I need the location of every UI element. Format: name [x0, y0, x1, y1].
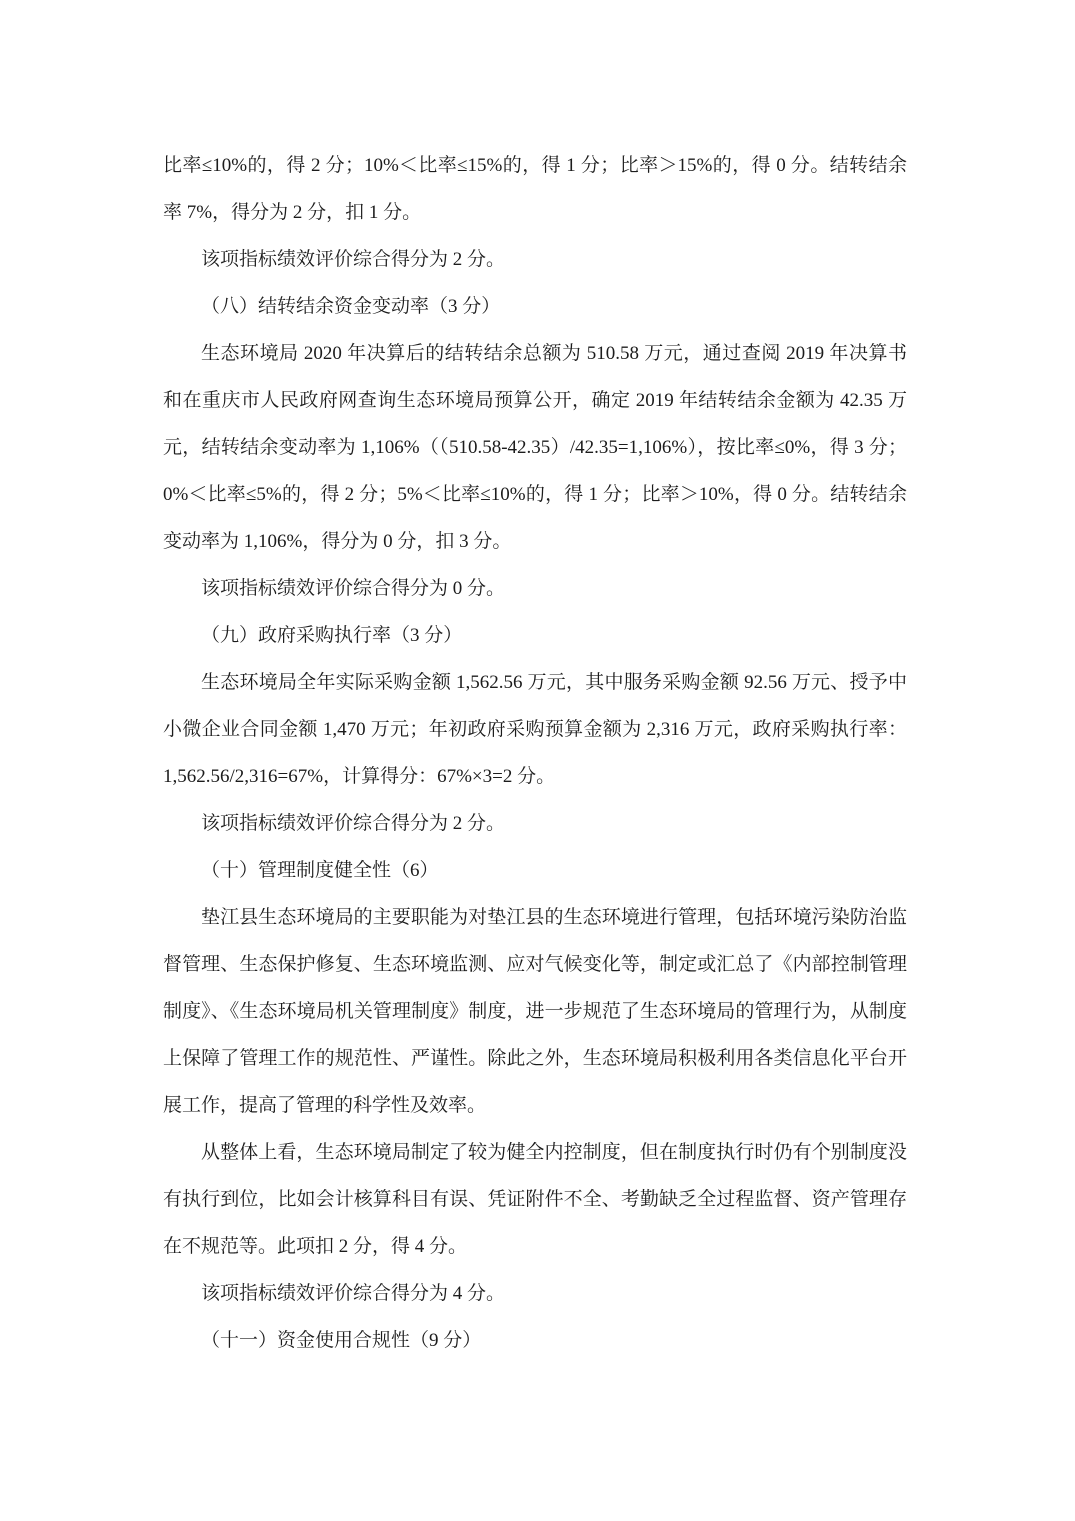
document-page: 比率≤10%的，得 2 分；10%＜比率≤15%的，得 1 分；比率＞15%的，… — [0, 0, 1075, 1521]
paragraph-indicator-score-section9: 该项指标绩效评价综合得分为 2 分。 — [163, 800, 907, 847]
paragraph-carryover-ratio-continuation: 比率≤10%的，得 2 分；10%＜比率≤15%的，得 1 分；比率＞15%的，… — [163, 142, 907, 236]
paragraph-indicator-score-section8: 该项指标绩效评价综合得分为 0 分。 — [163, 565, 907, 612]
paragraph-section-10-body-1: 垫江县生态环境局的主要职能为对垫江县的生态环境进行管理，包括环境污染防治监督管理… — [163, 894, 907, 1129]
paragraph-section-8-body: 生态环境局 2020 年决算后的结转结余总额为 510.58 万元，通过查阅 2… — [163, 330, 907, 565]
section-heading-9: （九）政府采购执行率（3 分） — [163, 612, 907, 659]
section-heading-10: （十）管理制度健全性（6） — [163, 847, 907, 894]
paragraph-indicator-score-section10: 该项指标绩效评价综合得分为 4 分。 — [163, 1270, 907, 1317]
section-heading-8: （八）结转结余资金变动率（3 分） — [163, 283, 907, 330]
document-text-block: 比率≤10%的，得 2 分；10%＜比率≤15%的，得 1 分；比率＞15%的，… — [163, 142, 907, 1364]
paragraph-section-10-body-2: 从整体上看，生态环境局制定了较为健全内控制度，但在制度执行时仍有个别制度没有执行… — [163, 1129, 907, 1270]
section-heading-11: （十一）资金使用合规性（9 分） — [163, 1317, 907, 1364]
paragraph-indicator-score-section7: 该项指标绩效评价综合得分为 2 分。 — [163, 236, 907, 283]
paragraph-section-9-body: 生态环境局全年实际采购金额 1,562.56 万元，其中服务采购金额 92.56… — [163, 659, 907, 800]
